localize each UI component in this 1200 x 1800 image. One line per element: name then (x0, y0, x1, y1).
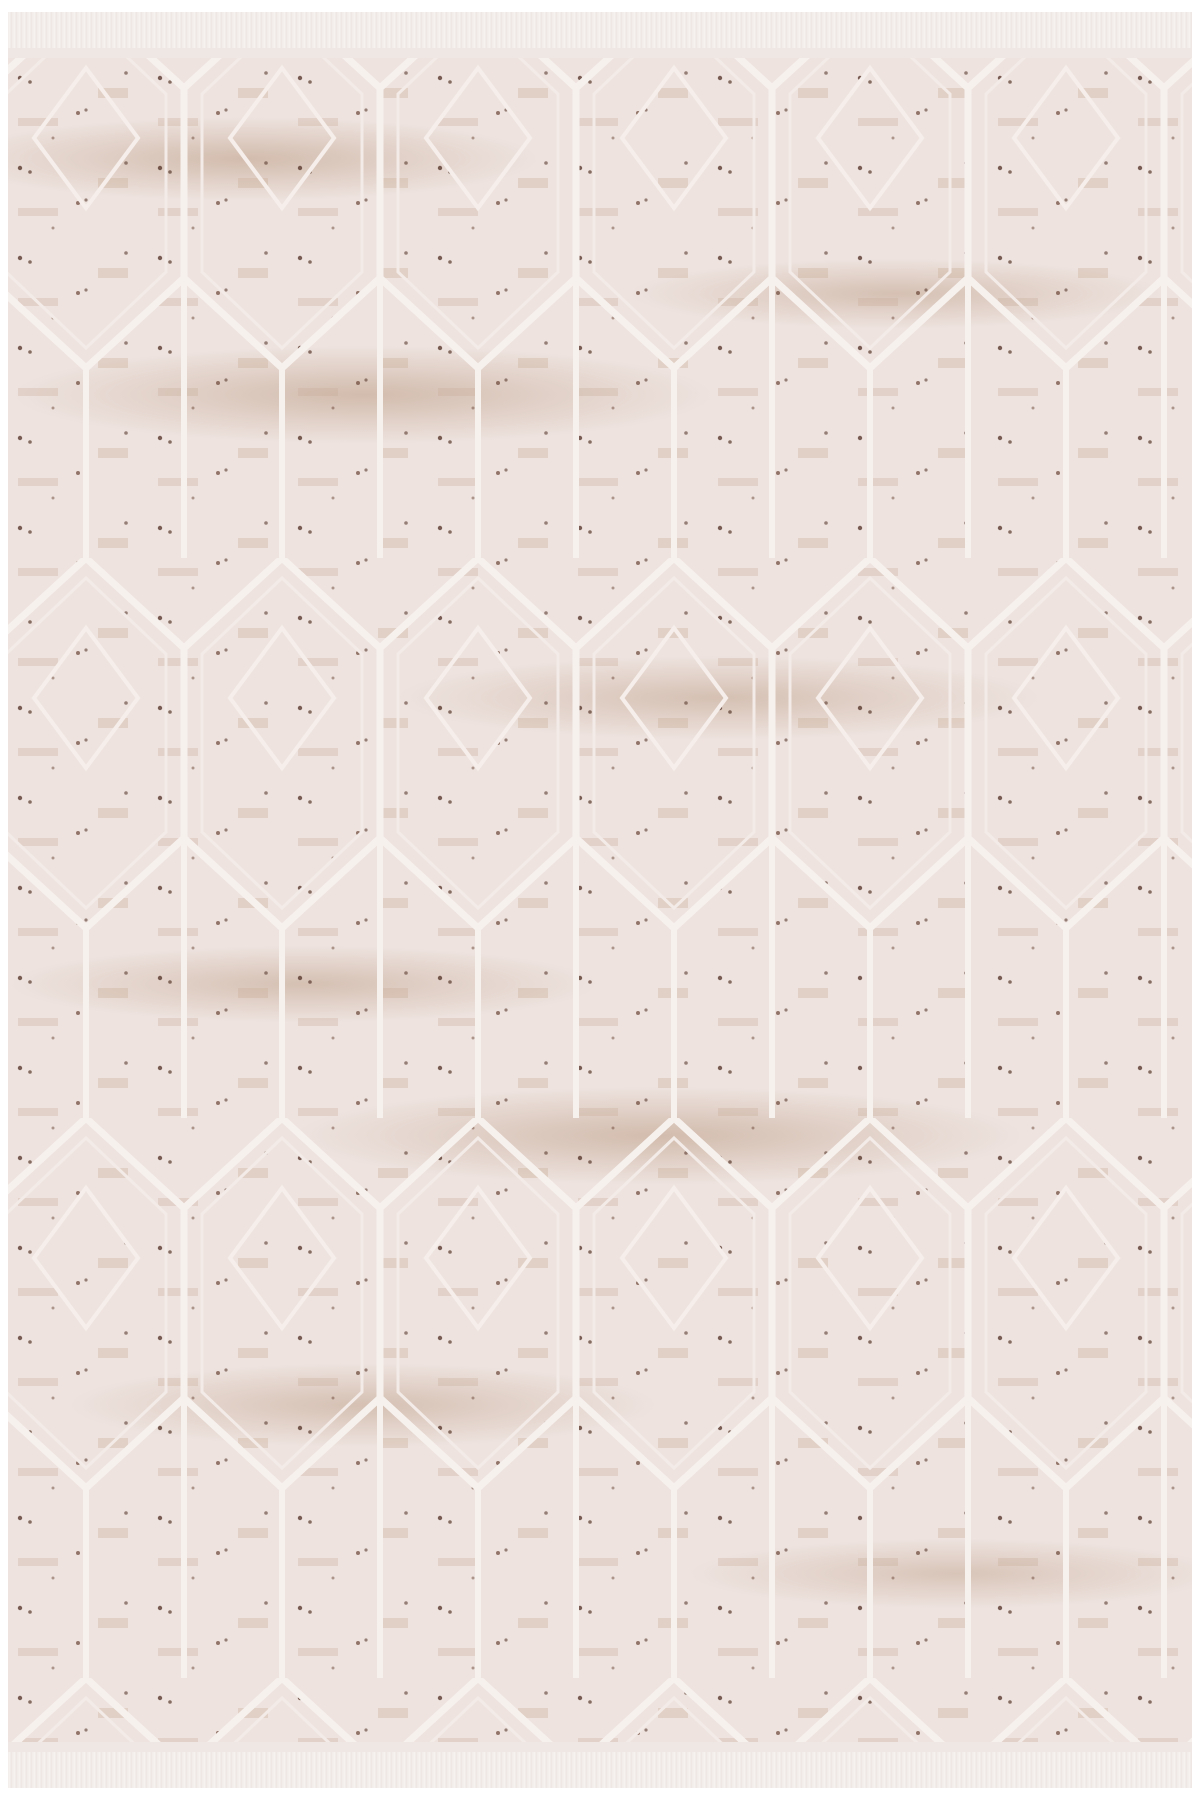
bottom-binding (8, 1742, 1192, 1752)
rug-field (8, 58, 1192, 1742)
rug (8, 12, 1192, 1788)
bottom-fringe (8, 1752, 1192, 1788)
top-fringe (8, 12, 1192, 48)
lattice-pattern (8, 58, 1192, 1742)
top-binding (8, 48, 1192, 58)
